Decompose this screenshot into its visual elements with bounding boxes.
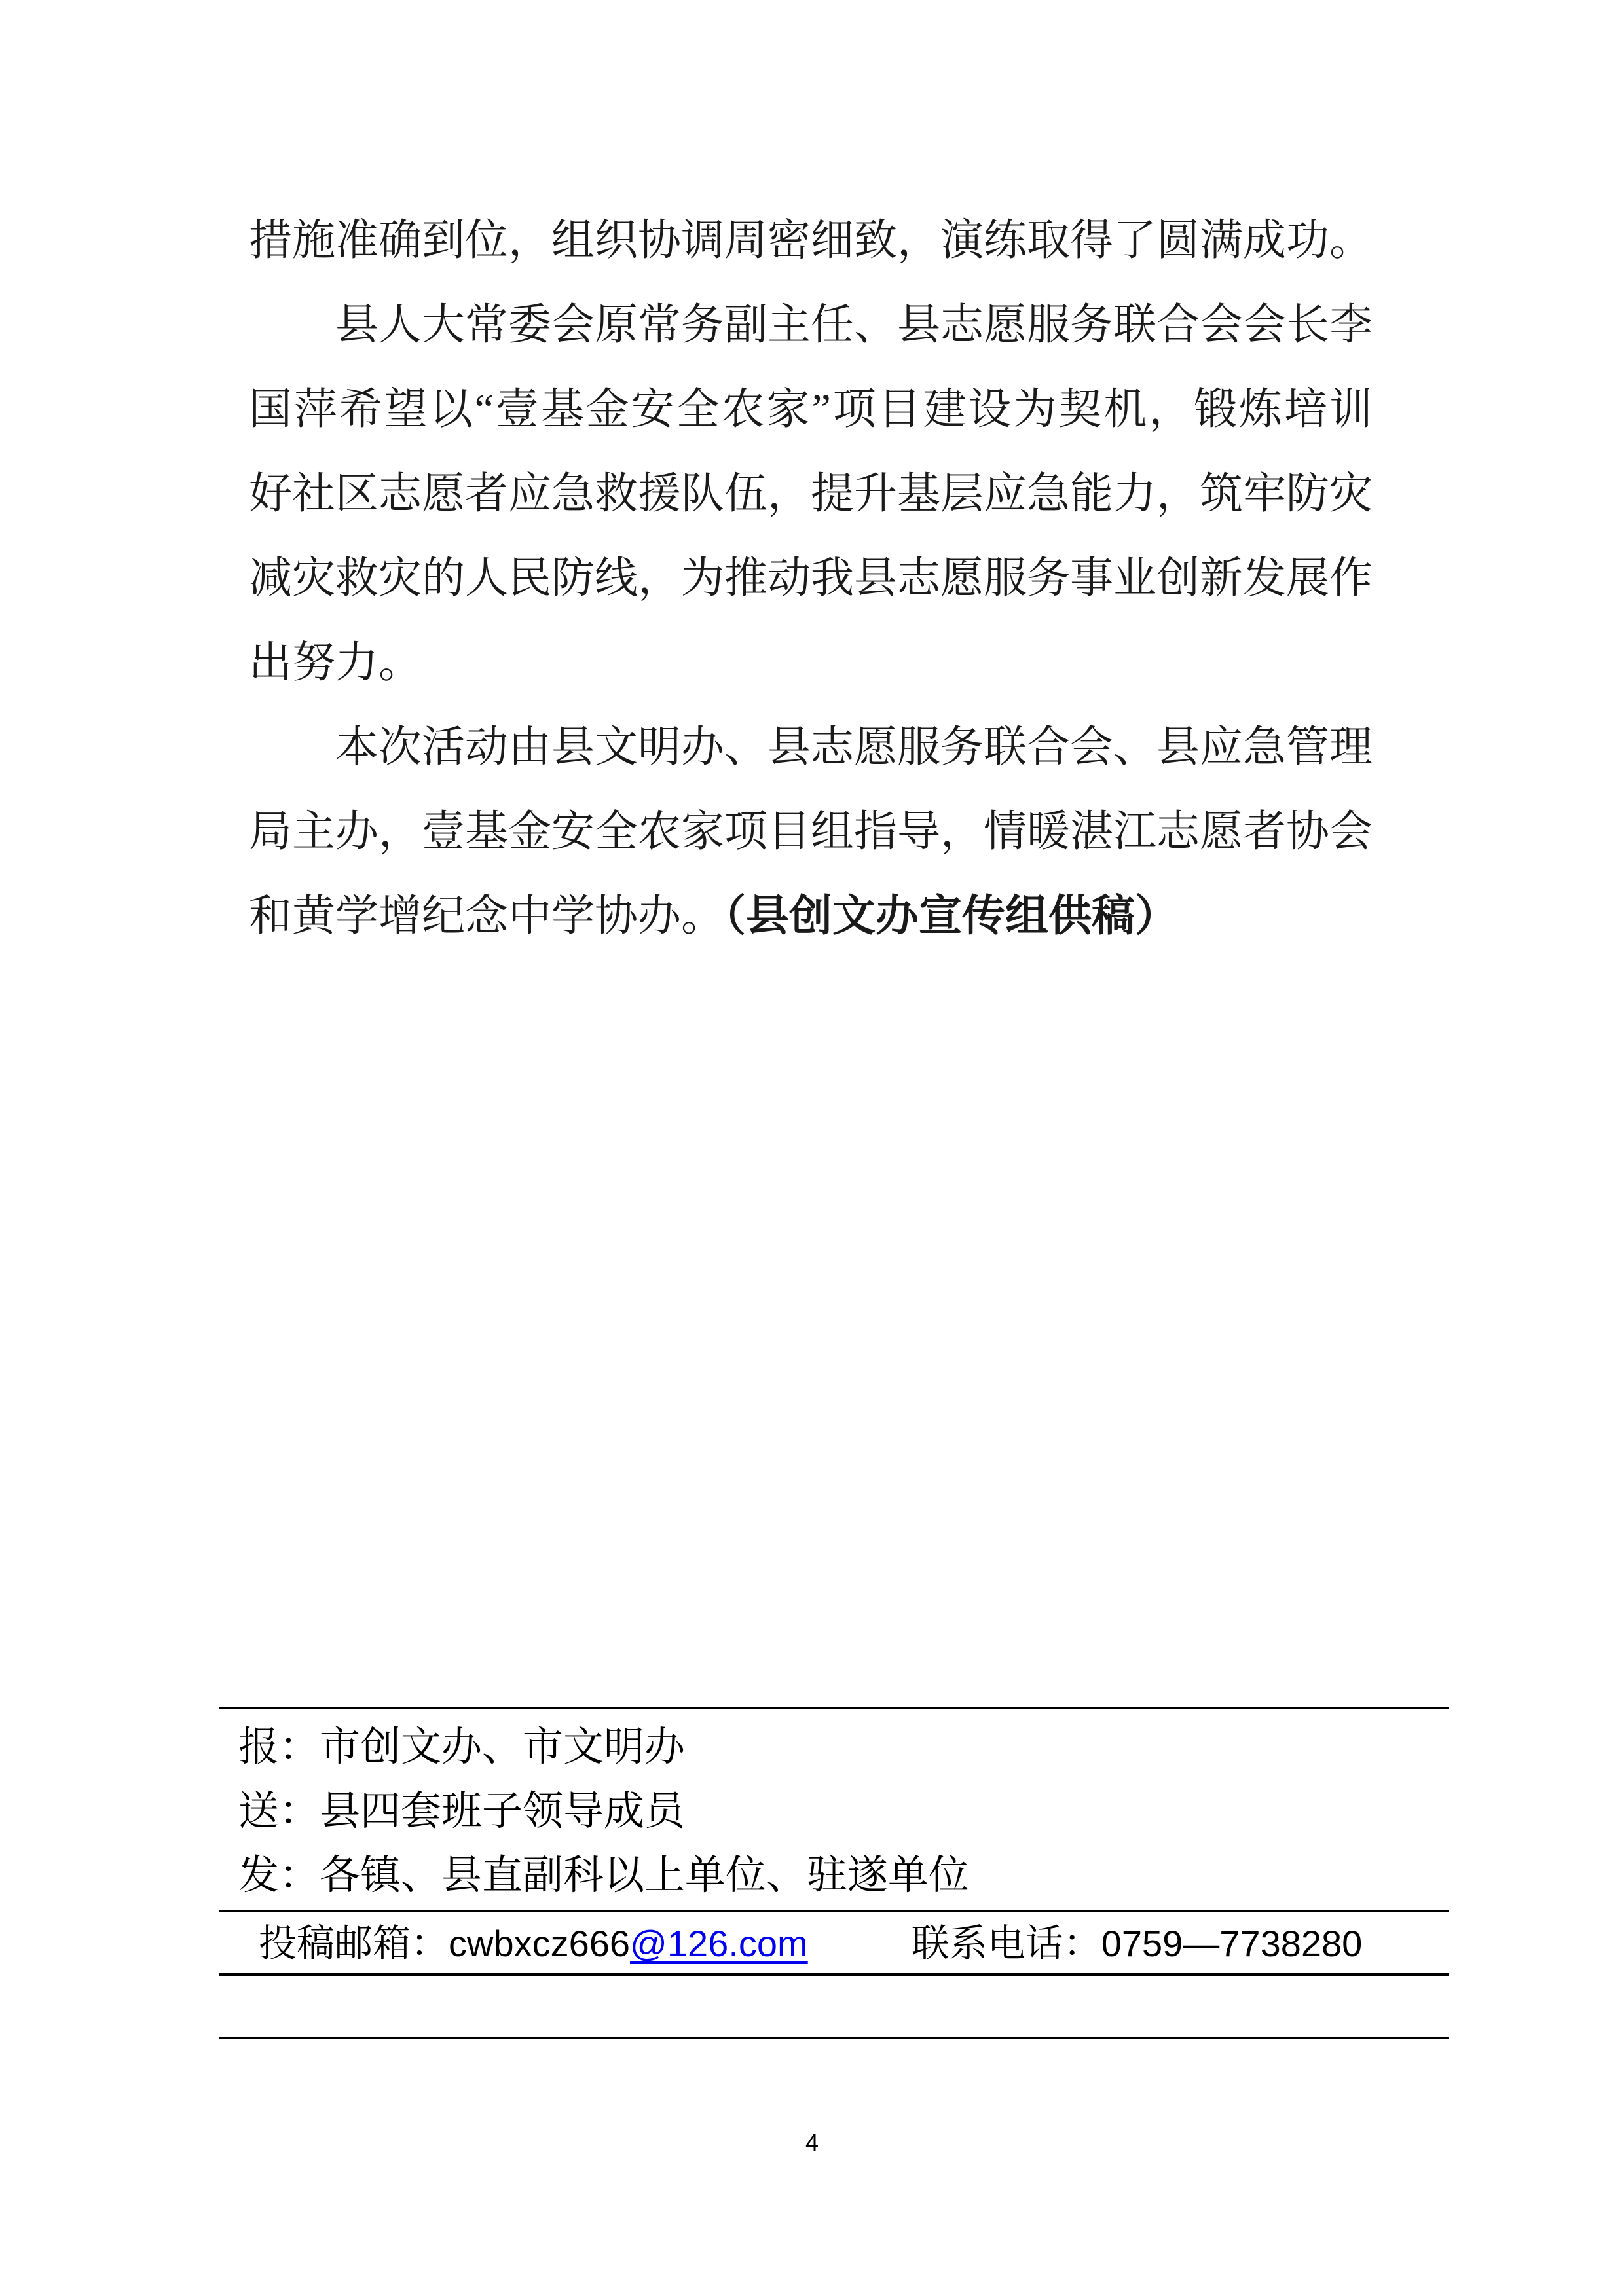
- distribution-label: 发：: [238, 1853, 320, 1898]
- body-text-block: 措施准确到位，组织协调周密细致，演练取得了圆满成功。 县人大常委会原常务副主任、…: [249, 198, 1373, 958]
- body-line: 局主办，壹基金安全农家项目组指导，情暖湛江志愿者协会: [249, 790, 1373, 874]
- body-line-text: 和黄学增纪念中学协办。: [249, 892, 724, 940]
- horizontal-rule-below-contact: [219, 1973, 1449, 1976]
- distribution-label: 送：: [238, 1789, 320, 1834]
- document-page: 措施准确到位，组织协调周密细致，演练取得了圆满成功。 县人大常委会原常务副主任、…: [0, 0, 1624, 2296]
- distribution-label: 报：: [238, 1725, 320, 1770]
- horizontal-rule-bottom: [219, 2037, 1449, 2039]
- body-line: 出努力。: [249, 621, 1373, 705]
- distribution-list: 报：市创文办、市文明办 送：县四套班子领导成员 发：各镇、县直副科以上单位、驻遂…: [238, 1715, 969, 1908]
- body-line-text: 局主办，壹基金安全农家项目组指导，情暖湛江志愿者协会: [249, 808, 1373, 856]
- phone-label: 联系电话：: [912, 1922, 1101, 1965]
- email-user: cwbxcz666: [449, 1923, 630, 1964]
- body-line-text: 减灾救灾的人民防线，为推动我县志愿服务事业创新发展作: [249, 555, 1373, 602]
- body-line: 好社区志愿者应急救援队伍，提升基层应急能力，筑牢防灾: [249, 452, 1373, 536]
- body-line-text: 国萍希望以“壹基金安全农家”项目建设为契机，锻炼培训: [249, 386, 1373, 433]
- distribution-value: 市创文办、市文明办: [320, 1725, 685, 1770]
- email-domain-link[interactable]: @126.com: [630, 1923, 808, 1964]
- body-line: 和黄学增纪念中学协办。（县创文办宣传组供稿）: [249, 874, 1373, 958]
- horizontal-rule-top: [219, 1707, 1449, 1709]
- distribution-row-send: 送：县四套班子领导成员: [238, 1779, 969, 1844]
- email-label: 投稿邮箱：: [259, 1922, 449, 1965]
- body-line: 减灾救灾的人民防线，为推动我县志愿服务事业创新发展作: [249, 536, 1373, 621]
- page-number: 4: [0, 2129, 1624, 2157]
- body-line-text: 出努力。: [249, 639, 422, 687]
- body-line: 国萍希望以“壹基金安全农家”项目建设为契机，锻炼培训: [249, 367, 1373, 452]
- body-line: 措施准确到位，组织协调周密细致，演练取得了圆满成功。: [249, 198, 1373, 283]
- phone-number: 0759—7738280: [1101, 1923, 1363, 1964]
- body-line-text: 措施准确到位，组织协调周密细致，演练取得了圆满成功。: [249, 217, 1373, 264]
- contact-row: 投稿邮箱：cwbxcz666@126.com联系电话：0759—7738280: [259, 1922, 1362, 1965]
- contributor-credit: （县创文办宣传组供稿）: [724, 892, 1178, 940]
- distribution-value: 县四套班子领导成员: [320, 1789, 685, 1834]
- distribution-row-report: 报：市创文办、市文明办: [238, 1715, 969, 1779]
- body-line-text: 本次活动由县文明办、县志愿服务联合会、县应急管理: [335, 723, 1373, 771]
- body-line: 县人大常委会原常务副主任、县志愿服务联合会会长李: [249, 283, 1373, 367]
- body-line-text: 好社区志愿者应急救援队伍，提升基层应急能力，筑牢防灾: [249, 470, 1373, 518]
- horizontal-rule-middle: [219, 1910, 1449, 1912]
- body-line: 本次活动由县文明办、县志愿服务联合会、县应急管理: [249, 705, 1373, 790]
- distribution-value: 各镇、县直副科以上单位、驻遂单位: [320, 1853, 969, 1898]
- body-line-text: 县人大常委会原常务副主任、县志愿服务联合会会长李: [335, 301, 1373, 349]
- distribution-row-issue: 发：各镇、县直副科以上单位、驻遂单位: [238, 1844, 969, 1908]
